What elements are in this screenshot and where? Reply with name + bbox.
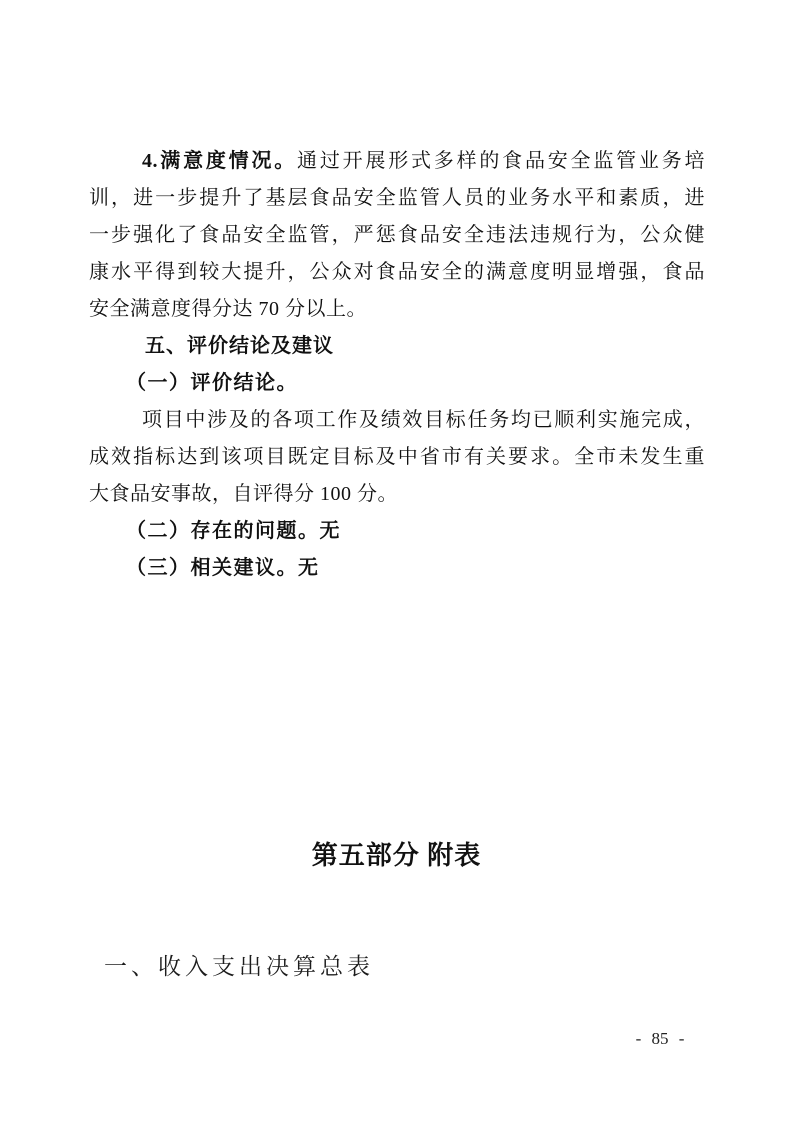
- paragraph-conclusion-line-3: 大食品安事故，自评得分 100 分。: [89, 476, 705, 513]
- paragraph-satisfaction-line-4: 康水平得到较大提升，公众对食品安全的满意度明显增强，食品: [89, 254, 705, 291]
- subheading-evaluation-conclusion: （一）评价结论。: [89, 365, 705, 402]
- paragraph-conclusion-line-2: 成效指标达到该项目既定目标及中省市有关要求。全市未发生重: [89, 439, 705, 476]
- satisfaction-heading: 4.满意度情况。: [142, 150, 297, 172]
- paragraph-satisfaction-line-1: 4.满意度情况。通过开展形式多样的食品安全监管业务培: [89, 143, 705, 180]
- document-page: 4.满意度情况。通过开展形式多样的食品安全监管业务培 训，进一步提升了基层食品安…: [0, 0, 793, 1122]
- paragraph-satisfaction-line-2: 训，进一步提升了基层食品安全监管人员的业务水平和素质，进: [89, 180, 705, 217]
- paragraph-satisfaction-line-3: 一步强化了食品安全监管，严惩食品安全违法违规行为，公众健: [89, 217, 705, 254]
- annex-item-income-expenditure-table: 一、收入支出决算总表: [89, 951, 374, 981]
- subheading-related-suggestions: （三）相关建议。无: [89, 550, 705, 587]
- paragraph-conclusion-line-1: 项目中涉及的各项工作及绩效目标任务均已顺利实施完成，: [89, 402, 705, 439]
- section-heading-conclusion: 五、评价结论及建议: [89, 328, 705, 365]
- paragraph-satisfaction-line-5: 安全满意度得分达 70 分以上。: [89, 291, 705, 328]
- page-number: - 85 -: [600, 1029, 720, 1049]
- subheading-existing-problems: （二）存在的问题。无: [89, 513, 705, 550]
- part-five-title: 第五部分 附表: [0, 841, 793, 871]
- satisfaction-text-1: 通过开展形式多样的食品安全监管业务培: [297, 150, 705, 172]
- body-text-block: 4.满意度情况。通过开展形式多样的食品安全监管业务培 训，进一步提升了基层食品安…: [89, 143, 705, 587]
